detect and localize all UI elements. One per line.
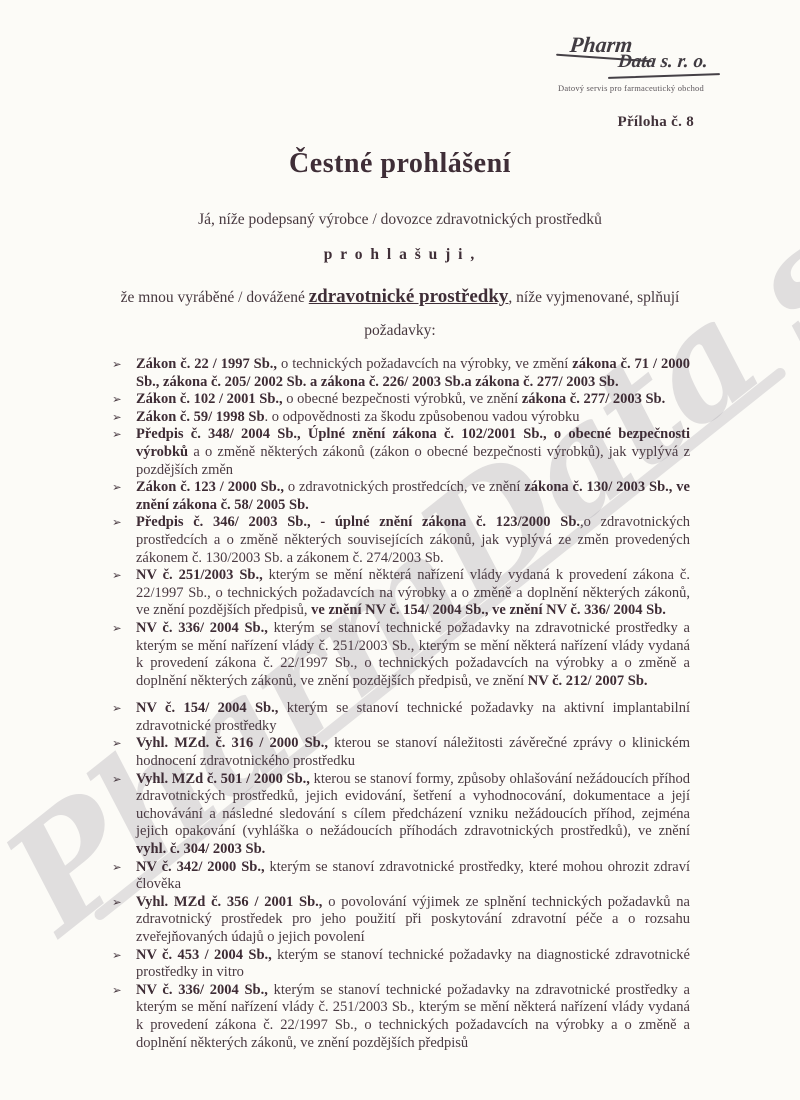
list-item: ➢Zákon č. 123 / 2000 Sb., o zdravotnický… <box>112 479 690 514</box>
list-item: ➢NV č. 154/ 2004 Sb., kterým se stanoví … <box>112 700 690 735</box>
list-item-text: Vyhl. MZd. č. 316 / 2000 Sb., kterou se … <box>136 735 690 770</box>
list-item: ➢Vyhl. MZd č. 356 / 2001 Sb., o povolová… <box>112 894 690 947</box>
bullet-arrow-icon: ➢ <box>112 409 136 427</box>
list-item: ➢NV č. 342/ 2000 Sb., kterým se stanoví … <box>112 859 690 894</box>
intro-line-3: požadavky: <box>0 322 800 340</box>
list-item: ➢NV č. 251/2003 Sb., kterým se mění někt… <box>112 567 690 620</box>
list-item: ➢Předpis č. 348/ 2004 Sb., Úplné znění z… <box>112 426 690 479</box>
bullet-arrow-icon: ➢ <box>112 391 136 409</box>
list-item: ➢Vyhl. MZd. č. 316 / 2000 Sb., kterou se… <box>112 735 690 770</box>
list-item-text: Předpis č. 348/ 2004 Sb., Úplné znění zá… <box>136 426 690 479</box>
list-item-text: Zákon č. 59/ 1998 Sb. o odpovědnosti za … <box>136 409 690 427</box>
scanned-document-page: PharmData s.r.o. Pharm Data s. r. o. Dat… <box>0 0 800 1100</box>
bullet-arrow-icon: ➢ <box>112 700 136 718</box>
bullet-arrow-icon: ➢ <box>112 859 136 877</box>
list-item-text: NV č. 336/ 2004 Sb., kterým se stanoví t… <box>136 620 690 690</box>
declaration-word: p r o h l a š u j i , <box>0 246 800 264</box>
bullet-arrow-icon: ➢ <box>112 982 136 1000</box>
list-item: ➢NV č. 336/ 2004 Sb., kterým se stanoví … <box>112 620 690 690</box>
list-item-text: Zákon č. 123 / 2000 Sb., o zdravotnickýc… <box>136 479 690 514</box>
bullet-arrow-icon: ➢ <box>112 514 136 532</box>
logo-tagline: Datový servis pro farmaceutický obchod <box>558 84 728 93</box>
intro-line-2-prefix: že mnou vyráběné / dovážené <box>121 289 309 306</box>
list-item-text: Vyhl. MZd č. 356 / 2001 Sb., o povolován… <box>136 894 690 947</box>
bullet-arrow-icon: ➢ <box>112 771 136 789</box>
list-item-text: NV č. 251/2003 Sb., kterým se mění někte… <box>136 567 690 620</box>
pharmdata-logo: Pharm Data s. r. o. Datový servis pro fa… <box>556 34 726 98</box>
bullet-arrow-icon: ➢ <box>112 479 136 497</box>
list-item: ➢Vyhl. MZd č. 501 / 2000 Sb., kterou se … <box>112 771 690 859</box>
bullet-arrow-icon: ➢ <box>112 894 136 912</box>
list-item-text: Zákon č. 22 / 1997 Sb., o technických po… <box>136 356 690 391</box>
bullet-arrow-icon: ➢ <box>112 567 136 585</box>
attachment-label: Příloha č. 8 <box>617 114 694 131</box>
list-item-text: NV č. 342/ 2000 Sb., kterým se stanoví z… <box>136 859 690 894</box>
bullet-arrow-icon: ➢ <box>112 426 136 444</box>
document-title: Čestné prohlášení <box>0 148 800 180</box>
list-item-text: Vyhl. MZd č. 501 / 2000 Sb., kterou se s… <box>136 771 690 859</box>
bullet-arrow-icon: ➢ <box>112 620 136 638</box>
logo-script-data: Data s. r. o. <box>617 52 709 72</box>
bullet-arrow-icon: ➢ <box>112 356 136 374</box>
list-item-text: NV č. 453 / 2004 Sb., kterým se stanoví … <box>136 947 690 982</box>
logo-underline <box>608 73 720 79</box>
intro-line-2-suffix: , níže vyjmenované, splňují <box>508 289 679 306</box>
bullet-arrow-icon: ➢ <box>112 735 136 753</box>
list-item-text: Zákon č. 102 / 2001 Sb., o obecné bezpeč… <box>136 391 690 409</box>
law-list: ➢Zákon č. 22 / 1997 Sb., o technických p… <box>112 356 690 1052</box>
list-item: ➢Zákon č. 22 / 1997 Sb., o technických p… <box>112 356 690 391</box>
list-item: ➢Zákon č. 59/ 1998 Sb. o odpovědnosti za… <box>112 409 690 427</box>
intro-line-2: že mnou vyráběné / dovážené zdravotnické… <box>0 286 800 308</box>
list-item: ➢NV č. 336/ 2004 Sb., kterým se stanoví … <box>112 982 690 1052</box>
intro-line-2-emphasis: zdravotnické prostředky <box>309 286 509 307</box>
list-item-text: NV č. 154/ 2004 Sb., kterým se stanoví t… <box>136 700 690 735</box>
bullet-arrow-icon: ➢ <box>112 947 136 965</box>
intro-line-1: Já, níže podepsaný výrobce / dovozce zdr… <box>0 211 800 229</box>
list-item: ➢Předpis č. 346/ 2003 Sb., - úplné znění… <box>112 514 690 567</box>
list-item-text: Předpis č. 346/ 2003 Sb., - úplné znění … <box>136 514 690 567</box>
list-item: ➢NV č. 453 / 2004 Sb., kterým se stanoví… <box>112 947 690 982</box>
list-item: ➢Zákon č. 102 / 2001 Sb., o obecné bezpe… <box>112 391 690 409</box>
list-item-text: NV č. 336/ 2004 Sb., kterým se stanoví t… <box>136 982 690 1052</box>
